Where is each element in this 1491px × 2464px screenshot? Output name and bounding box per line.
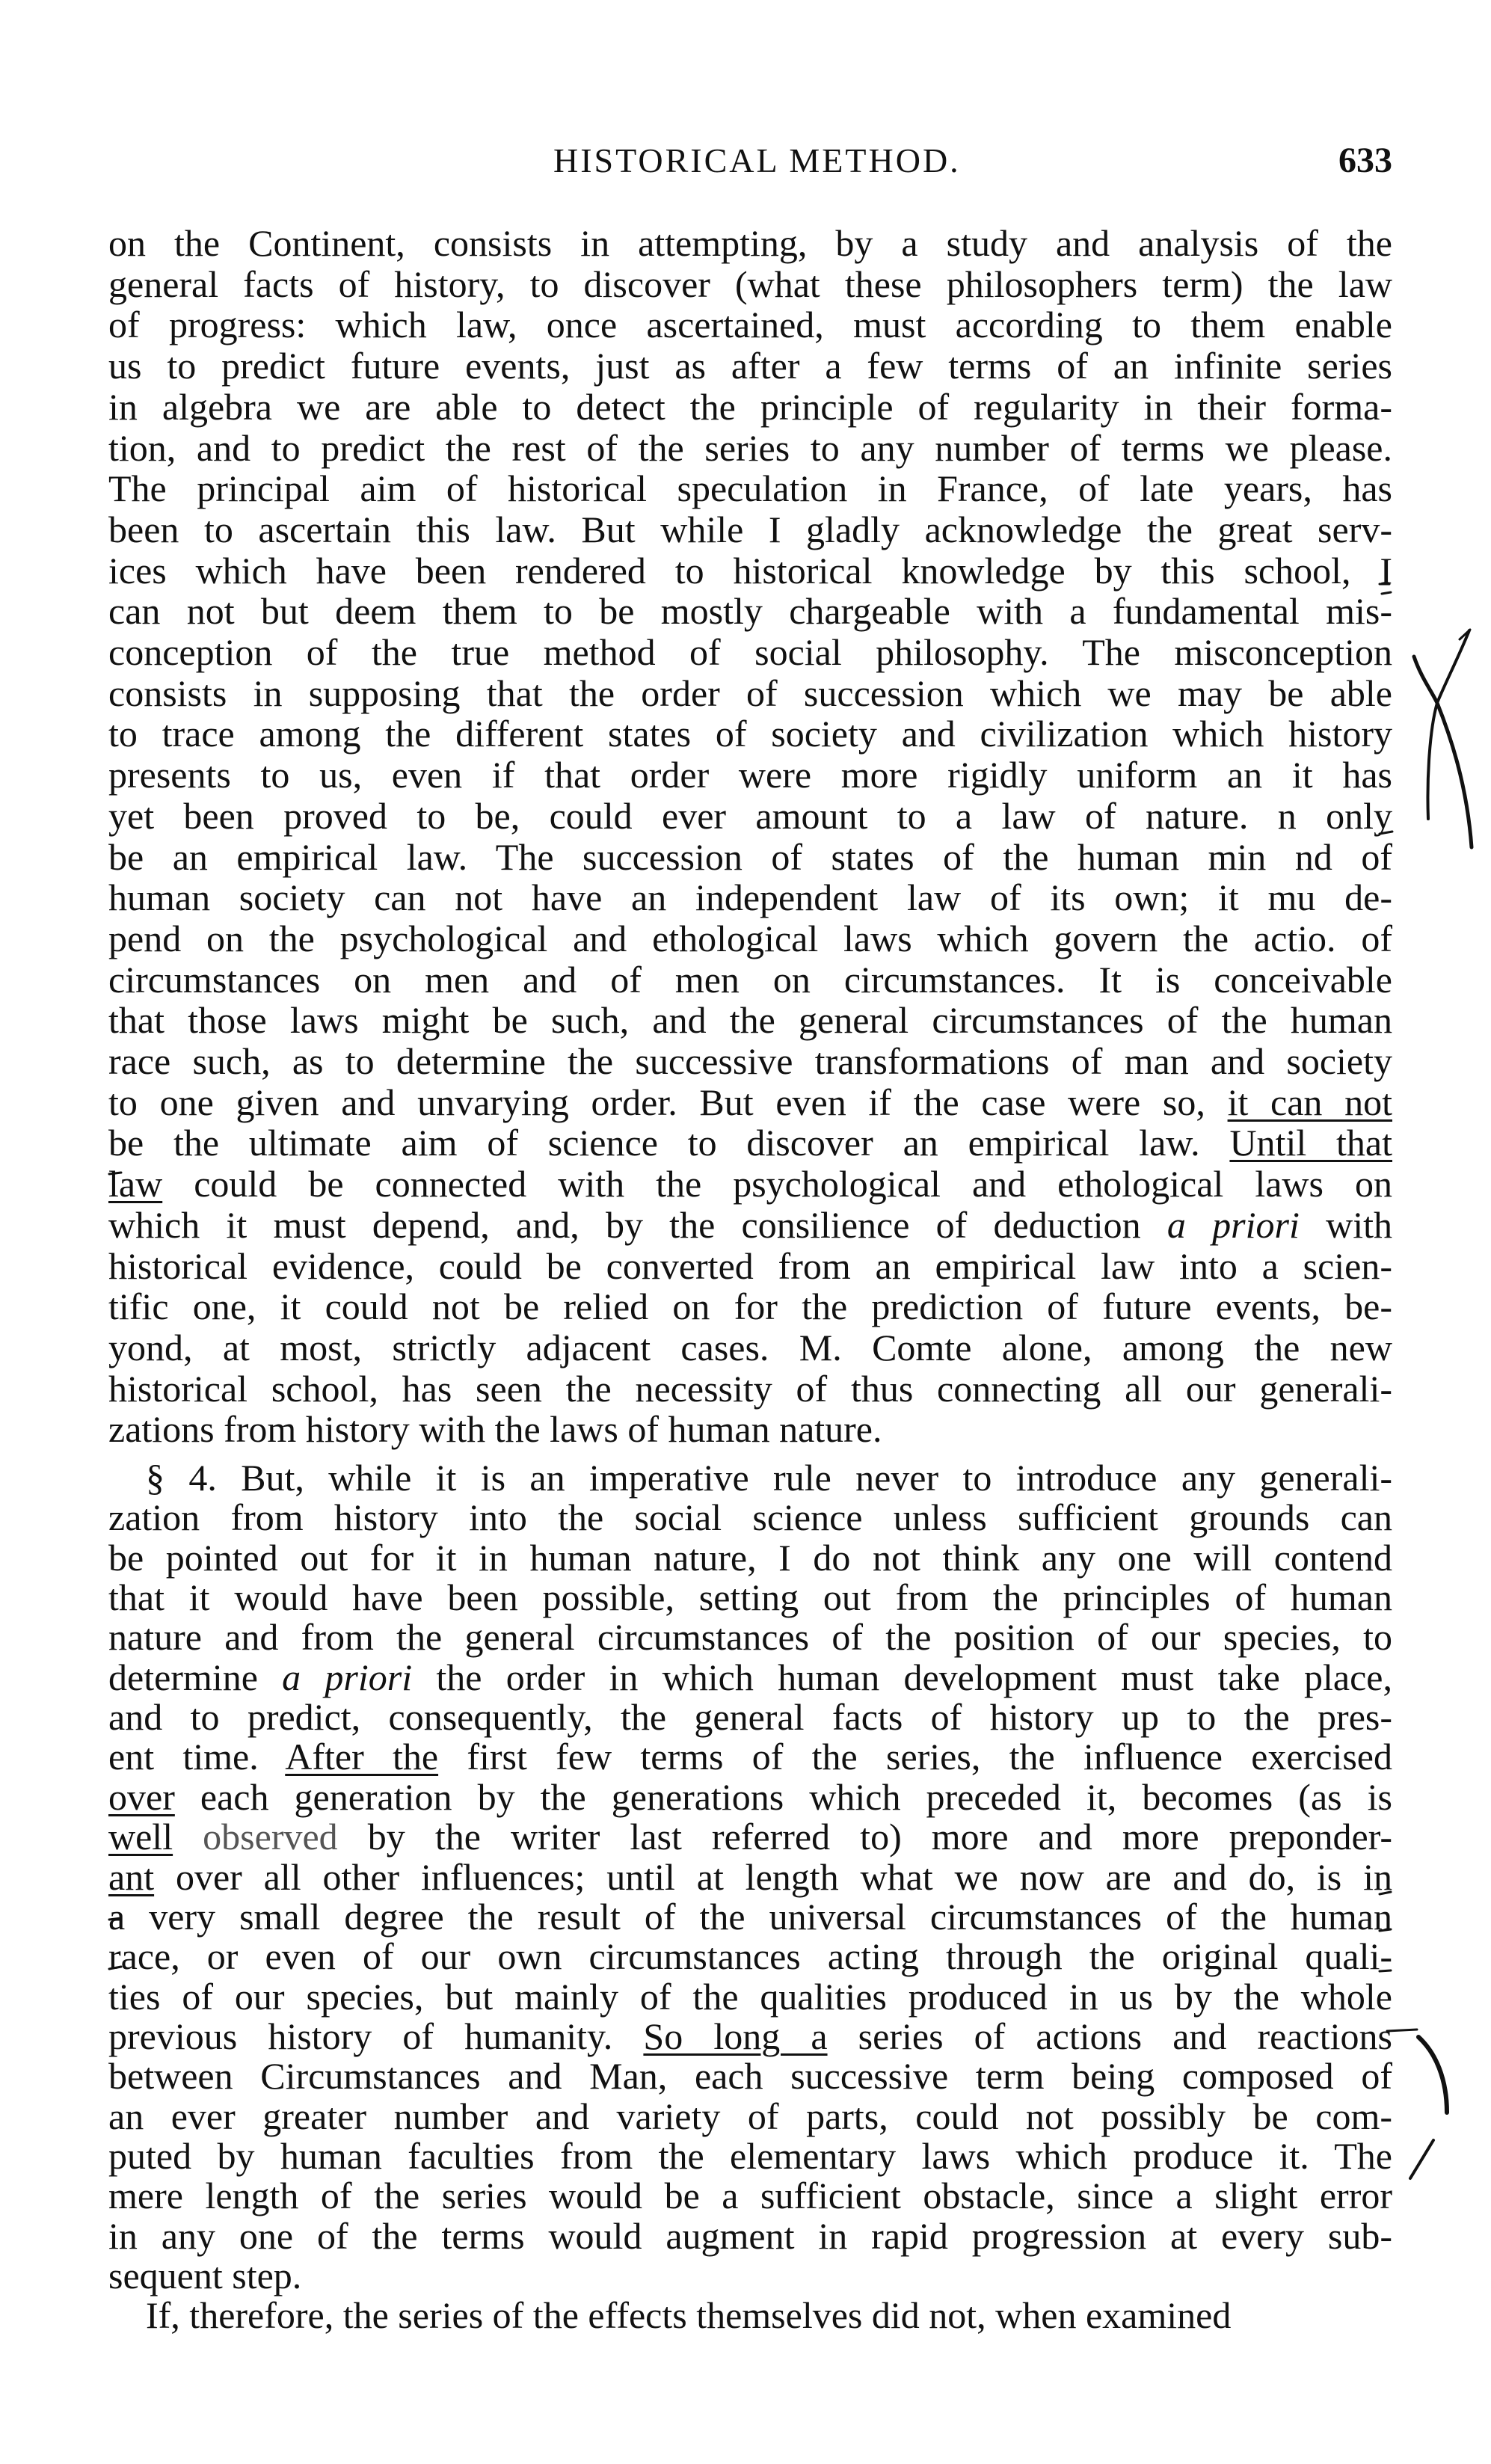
- text-line: human society can not have an independen…: [108, 877, 1392, 918]
- text-line: presents to us, even if that order were …: [108, 755, 1392, 795]
- text-line: previous history of humanity. So long a …: [108, 2016, 1392, 2056]
- text-line: conception of the true method of social …: [108, 632, 1392, 672]
- text-line: historical school, has seen the necessit…: [108, 1368, 1392, 1409]
- text-line: ties of our species, but mainly of the q…: [108, 1976, 1392, 2017]
- text-line: ices which have been rendered to histori…: [108, 550, 1392, 591]
- text-line: § 4. But, while it is an imperative rule…: [146, 1457, 1392, 1498]
- text-line: be an empirical law. The succession of s…: [108, 837, 1392, 877]
- text-line: and to predict, consequently, the genera…: [108, 1697, 1392, 1737]
- text-line: general facts of history, to discover (w…: [108, 264, 1392, 304]
- cross-mark-icon: [1414, 630, 1472, 847]
- text-line: If, therefore, the series of the effects…: [146, 2295, 1392, 2335]
- text-line: historical evidence, could be converted …: [108, 1246, 1392, 1286]
- text-line: tific one, it could not be relied on for…: [108, 1286, 1392, 1327]
- text-line: yond, at most, strictly adjacent cases. …: [108, 1327, 1392, 1368]
- text-line: to trace among the different states of s…: [108, 713, 1392, 754]
- text-line: law could be connected with the psycholo…: [108, 1164, 1392, 1204]
- text-line: to one given and unvarying order. But ev…: [108, 1082, 1392, 1122]
- text-line: pend on the psychological and ethologica…: [108, 918, 1392, 959]
- text-line: ant over all other influences; until at …: [108, 1857, 1392, 1897]
- text-line: ent time. After the first few terms of t…: [108, 1736, 1392, 1777]
- text-line: in any one of the terms would augment in…: [108, 2216, 1392, 2256]
- bracket-mark-icon: [1387, 2030, 1447, 2113]
- text-line: an ever greater number and variety of pa…: [108, 2096, 1392, 2136]
- text-line: mere length of the series would be a suf…: [108, 2175, 1392, 2216]
- text-line: that it would have been possible, settin…: [108, 1577, 1392, 1617]
- text-line: on the Continent, consists in attempting…: [108, 223, 1392, 263]
- text-line: The principal aim of historical speculat…: [108, 468, 1392, 509]
- text-line: nature and from the general circumstance…: [108, 1617, 1392, 1657]
- text-line: determine a priori the order in which hu…: [108, 1657, 1392, 1698]
- text-line: circumstances on men and of men on circu…: [108, 959, 1392, 1000]
- slash-mark-icon: [1410, 2140, 1433, 2178]
- text-line: be the ultimate aim of science to discov…: [108, 1122, 1392, 1163]
- text-line: be pointed out for it in human nature, I…: [108, 1537, 1392, 1578]
- running-title: HISTORICAL METHOD.: [553, 141, 942, 181]
- text-line: zation from history into the social scie…: [108, 1497, 1392, 1537]
- text-line: that those laws might be such, and the g…: [108, 1000, 1392, 1040]
- text-line: race, or even of our own circumstances a…: [108, 1936, 1392, 1976]
- text-line: yet been proved to be, could ever amount…: [108, 796, 1392, 836]
- text-line: us to predict future events, just as aft…: [108, 345, 1392, 386]
- text-line: consists in supposing that the order of …: [108, 673, 1392, 713]
- text-line: a very small degree the result of the un…: [108, 1896, 1392, 1937]
- text-line: race such, as to determine the successiv…: [108, 1041, 1392, 1081]
- text-line: been to ascertain this law. But while I …: [108, 509, 1392, 550]
- text-line: over each generation by the generations …: [108, 1777, 1392, 1817]
- text-line: can not but deem them to be mostly charg…: [108, 591, 1392, 631]
- text-line: between Circumstances and Man, each succ…: [108, 2056, 1392, 2096]
- text-line: in algebra we are able to detect the pri…: [108, 387, 1392, 427]
- page-number: 633: [1301, 141, 1392, 181]
- text-line: sequent step.: [108, 2255, 1392, 2296]
- text-line: which it must depend, and, by the consil…: [108, 1205, 1392, 1245]
- text-line: tion, and to predict the rest of the ser…: [108, 428, 1392, 468]
- text-line: of progress: which law, once ascertained…: [108, 304, 1392, 345]
- text-line: puted by human faculties from the elemen…: [108, 2136, 1392, 2176]
- text-line: well observed by the writer last referre…: [108, 1816, 1392, 1857]
- text-line: zations from history with the laws of hu…: [108, 1409, 1392, 1449]
- book-page: HISTORICAL METHOD. 633 on the Continent,…: [0, 0, 1491, 2464]
